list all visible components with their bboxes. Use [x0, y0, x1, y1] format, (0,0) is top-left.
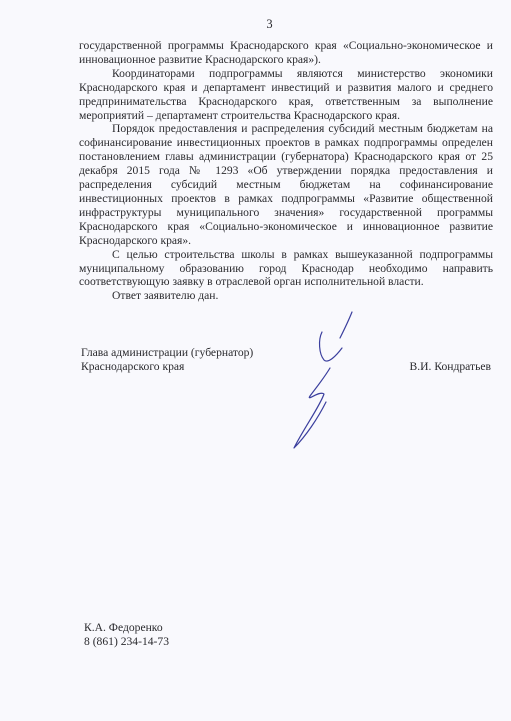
signatory-name: В.И. Кондратьев: [410, 360, 491, 373]
paragraph-reply-given: Ответ заявителю дан.: [79, 289, 493, 303]
handwritten-signature-icon: [290, 310, 380, 465]
page-number: 3: [0, 17, 511, 32]
signatory-title-line2: Краснодарского края: [81, 360, 253, 374]
executor-name: К.А. Федоренко: [84, 621, 169, 635]
executor-phone: 8 (861) 234-14-73: [84, 635, 169, 649]
paragraph-continuation: государственной программы Краснодарского…: [79, 39, 493, 67]
paragraph-subsidy-procedure: Порядок предоставления и распределения с…: [79, 122, 493, 247]
signatory-title: Глава администрации (губернатор) Краснод…: [81, 346, 253, 374]
paragraph-coordinators: Координаторами подпрограммы являются мин…: [79, 67, 493, 123]
letter-body: государственной программы Краснодарского…: [79, 39, 493, 303]
paragraph-school-construction: С целью строительства школы в рамках выш…: [79, 248, 493, 290]
executor-contact: К.А. Федоренко 8 (861) 234-14-73: [84, 621, 169, 649]
document-page: 3 государственной программы Краснодарско…: [0, 0, 511, 721]
signatory-title-line1: Глава администрации (губернатор): [81, 346, 253, 360]
